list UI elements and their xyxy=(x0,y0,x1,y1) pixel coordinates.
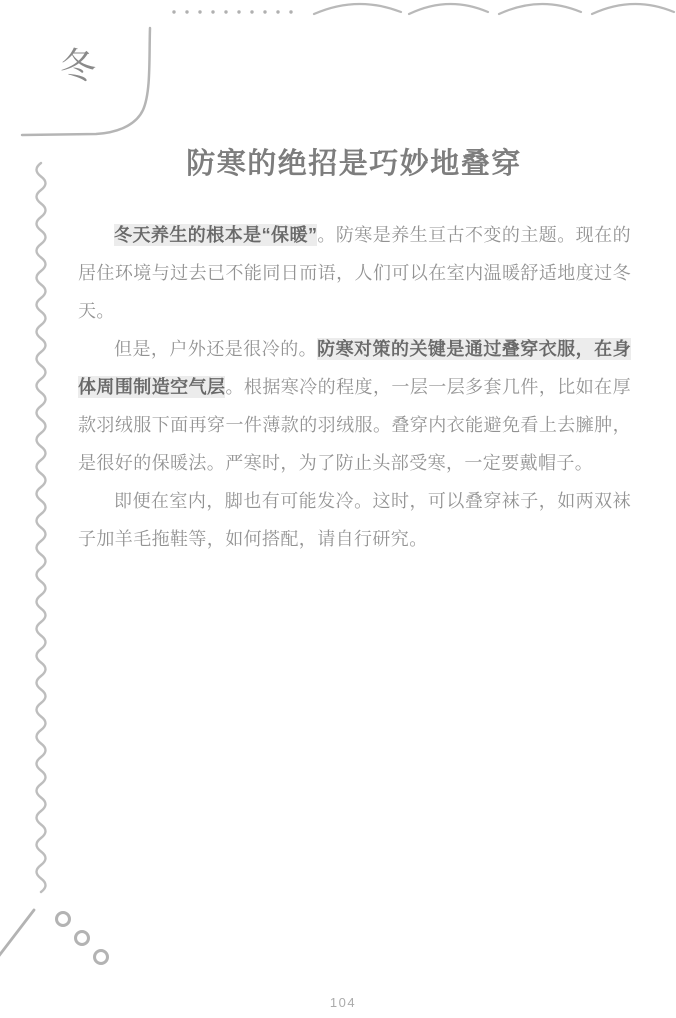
three-circles-decoration xyxy=(57,913,108,964)
book-page: 冬 防寒的绝招是巧妙地叠穿 冬天养生的根本是“保暖”。防寒是养生亘古不变的主题。… xyxy=(0,0,676,1018)
body-text: 冬天养生的根本是“保暖”。防寒是养生亘古不变的主题。现在的居住环境与过去已不能同… xyxy=(78,216,631,558)
page-number: 104 xyxy=(10,995,676,1010)
emphasized-text-run: 冬天养生的根本是“保暖” xyxy=(114,224,317,246)
chapter-label: 冬 xyxy=(60,48,96,84)
scallop-arcs-decoration xyxy=(314,4,674,14)
dotted-line-decoration xyxy=(172,10,292,13)
paragraph: 但是，户外还是很冷的。防寒对策的关键是通过叠穿衣服，在身体周围制造空气层。根据寒… xyxy=(78,330,631,482)
page-title: 防寒的绝招是巧妙地叠穿 xyxy=(78,141,630,182)
paragraph: 即便在室内，脚也有可能发冷。这时，可以叠穿袜子，如两双袜子加羊毛拖鞋等，如何搭配… xyxy=(78,482,631,558)
diagonal-line-decoration xyxy=(0,910,34,957)
wavy-left-border-decoration xyxy=(37,163,46,892)
text-run: 但是，户外还是很冷的。 xyxy=(114,339,317,359)
text-run: 即便在室内，脚也有可能发冷。这时，可以叠穿袜子，如两双袜子加羊毛拖鞋等，如何搭配… xyxy=(78,491,631,549)
paragraph: 冬天养生的根本是“保暖”。防寒是养生亘古不变的主题。现在的居住环境与过去已不能同… xyxy=(78,216,631,330)
